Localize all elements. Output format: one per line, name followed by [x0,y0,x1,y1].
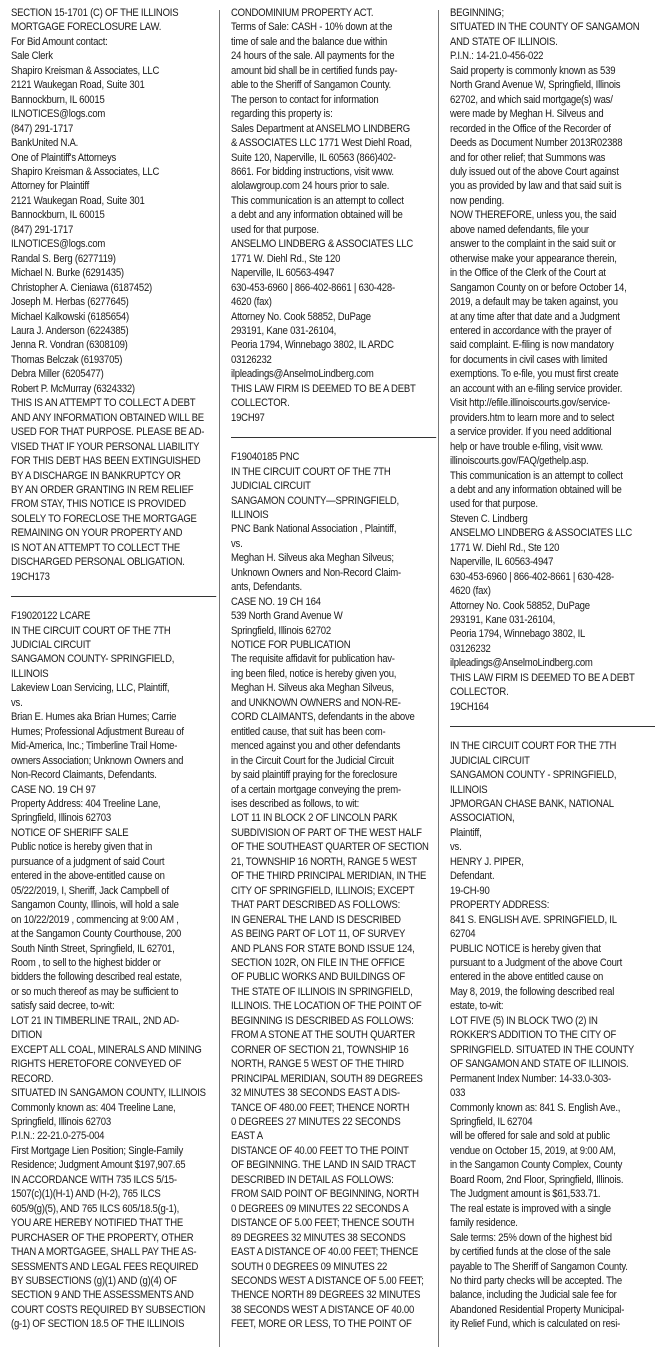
notice-text-line: 8661. For bidding instructions, visit ww… [231,165,416,179]
notice-text-line: AND ANY INFORMATION OBTAINED WILL BE [11,411,196,425]
notice-text-line: ilpleadings@AnselmoLindberg.com [231,367,416,381]
notice-text-line: THIS LAW FIRM IS DEEMED TO BE A DEBT [450,671,635,685]
notice-text-line: Residence; Judgment Amount $197,907.65 [11,1158,196,1172]
notice-text-line: VISED THAT IF YOUR PERSONAL LIABILITY [11,440,196,454]
notice-text-line: The real estate is improved with a singl… [450,1202,635,1216]
notice-text-line: vs. [11,696,196,710]
notice-separator [450,726,655,727]
legal-notice: CONDOMINIUM PROPERTY ACT.Terms of Sale: … [231,6,416,425]
notice-text-line: SPRINGFIELD. SITUATED IN THE COUNTY [450,1043,635,1057]
column-divider [438,10,439,1347]
notice-text-line: Sangamon County, Illinois, will hold a s… [11,898,196,912]
notice-text-line: BY SUBSECTIONS (g)(1) AND (g)(4) OF [11,1274,196,1288]
notice-text-line: IN THE CIRCUIT COURT OF THE 7TH [231,465,416,479]
notice-text-line: Said property is commonly known as 539 [450,64,635,78]
column-2: CONDOMINIUM PROPERTY ACT.Terms of Sale: … [231,6,416,1332]
notice-text-line: EAST A DISTANCE OF 40.00 FEET; THENCE [231,1245,416,1259]
notice-text-line: 24 hours of the sale. All payments for t… [231,49,416,63]
notice-text-line: CORD CLAIMANTS, defendants in the above [231,710,416,724]
notice-text-line: Public notice is hereby given that in [11,840,196,854]
notice-text-line: ILLINOIS [231,508,416,522]
notice-text-line: AS BEING PART OF LOT 11, OF SURVEY [231,927,416,941]
notice-text-line: Meghan H. Silveus aka Meghan Silveus, [231,681,416,695]
notice-text-line: OF THE THIRD PRINCIPAL MERIDIAN, IN THE [231,869,416,883]
notice-text-line: ity Relief Fund, which is calculated on … [450,1317,635,1331]
notice-text-line: SECTION 9 AND THE ASSESSMENTS AND [11,1288,196,1302]
notice-text-line: Defendant. [450,869,635,883]
notice-text-line: SECTION 102R, ON FILE IN THE OFFICE [231,956,416,970]
notice-text-line: PRINCIPAL MERIDIAN, SOUTH 89 DEGREES [231,1072,416,1086]
notice-text-line: DISTANCE OF 40.00 FEET TO THE POINT [231,1144,416,1158]
notice-text-line: 2019, a default may be taken against, yo… [450,295,635,309]
notice-text-line: a debt and any information obtained will… [450,483,635,497]
notice-text-line: by said plaintiff praying for the forecl… [231,768,416,782]
notice-text-line: alolawgroup.com 24 hours prior to sale. [231,179,416,193]
notice-text-line: No third party checks will be accepted. … [450,1274,635,1288]
notice-text-line: ROKKER'S ADDITION TO THE CITY OF [450,1028,635,1042]
notice-text-line: THAT PART DESCRIBED AS FOLLOWS: [231,898,416,912]
notice-text-line: 4620 (fax) [231,295,416,309]
notice-text-line: 4620 (fax) [450,584,635,598]
legal-notice: F19020122 LCAREIN THE CIRCUIT COURT OF T… [11,609,196,1332]
notice-text-line: 1507(c)(1)(H-1) AND (H-2), 765 ILCS [11,1187,196,1201]
notice-text-line: Springfield, Illinois 62703 [11,1115,196,1129]
notice-text-line: Property Address: 404 Treeline Lane, [11,797,196,811]
notice-text-line: CORNER OF SECTION 21, TOWNSHIP 16 [231,1043,416,1057]
notice-text-line: BankUnited N.A. [11,136,196,150]
notice-text-line: for documents in civil cases with limite… [450,353,635,367]
notice-text-line: DISCHARGED PERSONAL OBLIGATION. [11,555,196,569]
notice-text-line: on 10/22/2019 , commencing at 9:00 AM , [11,913,196,927]
notice-text-line: PUBLIC NOTICE is hereby given that [450,942,635,956]
notice-text-line: NOW THEREFORE, unless you, the said [450,208,635,222]
notice-text-line: Randal S. Berg (6277119) [11,252,196,266]
notice-text-line: SANGAMON COUNTY- SPRINGFIELD, [11,652,196,666]
notice-text-line: First Mortgage Lien Position; Single-Fam… [11,1144,196,1158]
notice-text-line: Non-Record Claimants, Defendants. [11,768,196,782]
notice-text-line: 19CH97 [231,411,416,425]
notice-text-line: now pending. [450,194,635,208]
notice-text-line: The person to contact for information [231,93,416,107]
notice-text-line: ANSELMO LINDBERG & ASSOCIATES LLC [450,526,635,540]
notice-text-line: Unknown Owners and Non-Record Claim- [231,566,416,580]
notice-text-line: CASE NO. 19 CH 164 [231,595,416,609]
notice-text-line: 89 DEGREES 32 MINUTES 38 SECONDS [231,1231,416,1245]
notice-text-line: Michael N. Burke (6291435) [11,266,196,280]
notice-text-line: 539 North Grand Avenue W [231,609,416,623]
notice-text-line: Attorney No. Cook 58852, DuPage [231,310,416,324]
notice-text-line: answer to the complaint in the said suit… [450,237,635,251]
notice-text-line: RIGHTS HERETOFORE CONVEYED OF [11,1057,196,1071]
notice-text-line: Brian E. Humes aka Brian Humes; Carrie [11,710,196,724]
notice-text-line: SITUATED IN THE COUNTY OF SANGAMON [450,20,635,34]
notice-text-line: Attorney No. Cook 58852, DuPage [450,599,635,613]
notice-text-line: Sales Department at ANSELMO LINDBERG [231,122,416,136]
notice-text-line: by certified funds at the close of the s… [450,1245,635,1259]
notice-text-line: May 8, 2019, the following described rea… [450,985,635,999]
column-divider [219,10,220,1347]
legal-notices-page: SECTION 15-1701 (C) OF THE ILLINOISMORTG… [0,0,655,1347]
notice-text-line: time of sale and the balance due within [231,35,416,49]
notice-text-line: and UNKNOWN OWNERS and NON-RE- [231,696,416,710]
notice-text-line: IN THE CIRCUIT COURT FOR THE 7TH [450,739,635,753]
notice-text-line: otherwise make your appearance therein, [450,252,635,266]
notice-text-line: One of Plaintiff's Attorneys [11,151,196,165]
notice-text-line: at any time after that date and a Judgme… [450,310,635,324]
notice-text-line: IN ACCORDANCE WITH 735 ILCS 5/15- [11,1173,196,1187]
notice-text-line: 19CH164 [450,700,635,714]
notice-text-line: ants, Defendants. [231,580,416,594]
notice-text-line: Peoria 1794, Winnebago 3802, IL ARDC [231,338,416,352]
notice-text-line: Commonly known as: 841 S. English Ave., [450,1101,635,1115]
notice-text-line: Room , to sell to the highest bidder or [11,956,196,970]
notice-text-line: For Bid Amount contact: [11,35,196,49]
notice-text-line: OF BEGINNING. THE LAND IN SAID TRACT [231,1158,416,1172]
notice-text-line: IN GENERAL THE LAND IS DESCRIBED [231,913,416,927]
notice-text-line: SOLELY TO FORECLOSE THE MORTGAGE [11,512,196,526]
notice-text-line: you as provided by law and that said sui… [450,179,635,193]
notice-text-line: LOT 21 IN TIMBERLINE TRAIL, 2ND AD- [11,1014,196,1028]
notice-text-line: SECTION 15-1701 (C) OF THE ILLINOIS [11,6,196,20]
notice-text-line: Terms of Sale: CASH - 10% down at the [231,20,416,34]
notice-text-line: entered in accordance with the prayer of [450,324,635,338]
notice-text-line: SOUTH 0 DEGREES 09 MINUTES 22 [231,1260,416,1274]
notice-text-line: in the Office of the Clerk of the Court … [450,266,635,280]
notice-text-line: South Ninth Street, Springfield, IL 6270… [11,942,196,956]
notice-text-line: Meghan H. Silveus aka Meghan Silveus; [231,551,416,565]
notice-text-line: entitled cause, that suit has been com- [231,725,416,739]
notice-text-line: vs. [450,840,635,854]
notice-text-line: ANSELMO LINDBERG & ASSOCIATES LLC [231,237,416,251]
notice-text-line: Robert P. McMurray (6324332) [11,382,196,396]
notice-text-line: EXCEPT ALL COAL, MINERALS AND MINING [11,1043,196,1057]
notice-text-line: regarding this property is: [231,107,416,121]
notice-text-line: 630-453-6960 | 866-402-8661 | 630-428- [231,281,416,295]
notice-text-line: THAN A MORTGAGEE, SHALL PAY THE AS- [11,1245,196,1259]
notice-text-line: The requisite affidavit for publication … [231,652,416,666]
notice-text-line: owners Association; Unknown Owners and [11,754,196,768]
notice-text-line: Humes; Professional Adjustment Bureau of [11,725,196,739]
notice-text-line: used for that purpose. [450,497,635,511]
notice-text-line: balance, including the Judicial sale fee… [450,1288,635,1302]
notice-text-line: Springfield, Illinois 62703 [11,811,196,825]
notice-text-line: BEGINNING IS DESCRIBED AS FOLLOWS: [231,1014,416,1028]
notice-text-line: above named defendants, file your [450,223,635,237]
notice-text-line: (g-1) OF SECTION 18.5 OF THE ILLINOIS [11,1317,196,1331]
notice-text-line: COURT COSTS REQUIRED BY SUBSECTION [11,1303,196,1317]
notice-text-line: BEGINNING; [450,6,635,20]
notice-text-line: ILLINOIS [450,783,635,797]
notice-text-line: SANGAMON COUNTY - SPRINGFIELD, [450,768,635,782]
notice-text-line: P.I.N.: 14-21.0-456-022 [450,49,635,63]
notice-text-line: ILNOTICES@logs.com [11,237,196,251]
notice-text-line: Steven C. Lindberg [450,512,635,526]
notice-text-line: THIS IS AN ATTEMPT TO COLLECT A DEBT [11,396,196,410]
notice-text-line: 32 MINUTES 38 SECONDS EAST A DIS- [231,1086,416,1100]
notice-text-line: exemptions. To e-file, you must first cr… [450,367,635,381]
notice-text-line: Mid-America, Inc.; Timberline Trail Home… [11,739,196,753]
notice-text-line: ises described as follows, to wit: [231,797,416,811]
notice-text-line: NORTH, RANGE 5 WEST OF THE THIRD [231,1057,416,1071]
notice-text-line: Sangamon County on or before October 14, [450,281,635,295]
notice-text-line: REMAINING ON YOUR PROPERTY AND [11,526,196,540]
legal-notice: IN THE CIRCUIT COURT FOR THE 7THJUDICIAL… [450,739,635,1332]
notice-text-line: at the Sangamon County Courthouse, 200 [11,927,196,941]
notice-text-line: said complaint. E-filing is now mandator… [450,338,635,352]
notice-text-line: Board Room, 2nd Floor, Springfield, Illi… [450,1173,635,1187]
notice-text-line: This communication is an attempt to coll… [231,194,416,208]
notice-text-line: Bannockburn, IL 60015 [11,93,196,107]
notice-text-line: CITY OF SPRINGFIELD, ILLINOIS; EXCEPT [231,884,416,898]
notice-text-line: 841 S. ENGLISH AVE. SPRINGFIELD, IL [450,913,635,927]
notice-text-line: 2121 Waukegan Road, Suite 301 [11,78,196,92]
notice-text-line: AND PLANS FOR STATE BOND ISSUE 124, [231,942,416,956]
notice-text-line: 033 [450,1086,635,1100]
notice-text-line: IN THE CIRCUIT COURT OF THE 7TH [11,624,196,638]
notice-text-line: FROM SAID POINT OF BEGINNING, NORTH [231,1187,416,1201]
notice-text-line: 05/22/2019, I, Sheriff, Jack Campbell of [11,884,196,898]
notice-text-line: OF PUBLIC WORKS AND BUILDINGS OF [231,970,416,984]
notice-text-line: Plaintiff, [450,826,635,840]
notice-text-line: PROPERTY ADDRESS: [450,898,635,912]
notice-text-line: Naperville, IL 60563-4947 [231,266,416,280]
notice-text-line: The Judgment amount is $61,533.71. [450,1187,635,1201]
notice-text-line: and for other relief; that Summons was [450,151,635,165]
notice-text-line: YOU ARE HEREBY NOTIFIED THAT THE [11,1216,196,1230]
notice-text-line: IS NOT AN ATTEMPT TO COLLECT THE [11,541,196,555]
notice-text-line: will be offered for sale and sold at pub… [450,1129,635,1143]
notice-text-line: DITION [11,1028,196,1042]
notice-text-line: This communication is an attempt to coll… [450,469,635,483]
notice-text-line: vs. [231,537,416,551]
notice-text-line: 03126232 [450,642,635,656]
notice-text-line: JUDICIAL CIRCUIT [231,479,416,493]
notice-text-line: FOR THIS DEBT HAS BEEN EXTINGUISHED [11,454,196,468]
notice-text-line: Debra Miller (6205477) [11,367,196,381]
notice-text-line: & ASSOCIATES LLC 1771 West Diehl Road, [231,136,416,150]
notice-text-line: 0 DEGREES 09 MINUTES 22 SECONDS A [231,1202,416,1216]
notice-text-line: Shapiro Kreisman & Associates, LLC [11,64,196,78]
notice-text-line: COLLECTOR. [450,685,635,699]
notice-text-line: FROM A STONE AT THE SOUTH QUARTER [231,1028,416,1042]
notice-text-line: SANGAMON COUNTY—SPRINGFIELD, [231,494,416,508]
notice-text-line: Joseph M. Herbas (6277645) [11,295,196,309]
column-3: BEGINNING;SITUATED IN THE COUNTY OF SANG… [450,6,635,1332]
notice-text-line: 1771 W. Diehl Rd., Ste 120 [231,252,416,266]
notice-text-line: Peoria 1794, Winnebago 3802, IL [450,627,635,641]
notice-text-line: of a certain mortgage conveying the prem… [231,783,416,797]
notice-text-line: COLLECTOR. [231,396,416,410]
notice-text-line: entered in the above entitled cause on [450,970,635,984]
notice-text-line: THENCE NORTH 89 DEGREES 32 MINUTES [231,1288,416,1302]
notice-text-line: AND STATE OF ILLINOIS. [450,35,635,49]
notice-text-line: were made by Meghan H. Silveus and [450,107,635,121]
notice-text-line: ILLINOIS [11,667,196,681]
notice-text-line: duly issued out of the above Court again… [450,165,635,179]
notice-text-line: 605/9(g)(5), AND 765 ILCS 605/18.5(g-1), [11,1202,196,1216]
notice-text-line: Shapiro Kreisman & Associates, LLC [11,165,196,179]
notice-text-line: SECONDS WEST A DISTANCE OF 5.00 FEET; [231,1274,416,1288]
notice-text-line: providers.htm to learn more and to selec… [450,411,635,425]
notice-separator [231,437,436,438]
notice-text-line: satisfy said decree, to-wit: [11,999,196,1013]
notice-text-line: able to the Sheriff of Sangamon County. [231,78,416,92]
notice-text-line: FEET, MORE OR LESS, TO THE POINT OF [231,1317,416,1331]
notice-text-line: Jenna R. Vondran (6308109) [11,338,196,352]
notice-text-line: ing been filed, notice is hereby given y… [231,667,416,681]
notice-text-line: EAST A [231,1129,416,1143]
notice-text-line: Thomas Belczak (6193705) [11,353,196,367]
notice-text-line: BY A DISCHARGE IN BANKRUPTCY OR [11,469,196,483]
notice-text-line: LOT 11 IN BLOCK 2 OF LINCOLN PARK [231,811,416,825]
notice-text-line: Sale Clerk [11,49,196,63]
notice-text-line: an account with an e-filing service prov… [450,382,635,396]
notice-text-line: 2121 Waukegan Road, Suite 301 [11,194,196,208]
notice-text-line: menced against you and other defendants [231,739,416,753]
notice-text-line: 630-453-6960 | 866-402-8661 | 630-428- [450,570,635,584]
notice-text-line: 62702, and which said mortgage(s) was/ [450,93,635,107]
notice-text-line: FROM STAY, THIS NOTICE IS PROVIDED [11,497,196,511]
notice-text-line: 1771 W. Diehl Rd., Ste 120 [450,541,635,555]
notice-text-line: Commonly known as: 404 Treeline Lane, [11,1101,196,1115]
notice-text-line: CASE NO. 19 CH 97 [11,783,196,797]
notice-text-line: Laura J. Anderson (6224385) [11,324,196,338]
notice-text-line: NOTICE FOR PUBLICATION [231,638,416,652]
notice-text-line: P.I.N.: 22-21.0-275-004 [11,1129,196,1143]
notice-text-line: RECORD. [11,1072,196,1086]
notice-text-line: 21, TOWNSHIP 16 NORTH, RANGE 5 WEST [231,855,416,869]
notice-text-line: ILLINOIS. THE LOCATION OF THE POINT OF [231,999,416,1013]
notice-text-line: (847) 291-1717 [11,122,196,136]
notice-text-line: F19020122 LCARE [11,609,196,623]
notice-text-line: Lakeview Loan Servicing, LLC, Plaintiff, [11,681,196,695]
notice-text-line: estate, to-wit: [450,999,635,1013]
notice-text-line: vendue on October 15, 2019, at 9:00 AM, [450,1144,635,1158]
legal-notice: BEGINNING;SITUATED IN THE COUNTY OF SANG… [450,6,635,714]
notice-text-line: Springfield, IL 62704 [450,1115,635,1129]
notice-text-line: 19-CH-90 [450,884,635,898]
notice-text-line: Naperville, IL 60563-4947 [450,555,635,569]
notice-text-line: entered in the above-entitled cause on [11,869,196,883]
notice-text-line: THE STATE OF ILLINOIS IN SPRINGFIELD, [231,985,416,999]
notice-text-line: bidders the following described real est… [11,970,196,984]
column-1: SECTION 15-1701 (C) OF THE ILLINOISMORTG… [11,6,196,1332]
notice-text-line: ilpleadings@AnselmoLindberg.com [450,656,635,670]
notice-text-line: DISTANCE OF 5.00 FEET; THENCE SOUTH [231,1216,416,1230]
notice-text-line: Michael Kalkowski (6185654) [11,310,196,324]
notice-text-line: NOTICE OF SHERIFF SALE [11,826,196,840]
notice-text-line: Sale terms: 25% down of the highest bid [450,1231,635,1245]
notice-text-line: Deeds as Document Number 2013R02388 [450,136,635,150]
notice-text-line: Permanent Index Number: 14-33.0-303- [450,1072,635,1086]
notice-text-line: HENRY J. PIPER, [450,855,635,869]
notice-text-line: pursuant to a Judgment of the above Cour… [450,956,635,970]
notice-text-line: SITUATED IN SANGAMON COUNTY, ILLINOIS [11,1086,196,1100]
notice-text-line: Springfield, Illinois 62702 [231,624,416,638]
notice-text-line: recorded in the Office of the Recorder o… [450,122,635,136]
notice-text-line: PNC Bank National Association , Plaintif… [231,522,416,536]
notice-text-line: help or have trouble e-filing, visit www… [450,440,635,454]
notice-text-line: 293191, Kane 031-26104, [450,613,635,627]
notice-text-line: DESCRIBED IN DETAIL AS FOLLOWS: [231,1173,416,1187]
notice-text-line: USED FOR THAT PURPOSE. PLEASE BE AD- [11,425,196,439]
notice-text-line: 38 SECONDS WEST A DISTANCE OF 40.00 [231,1303,416,1317]
notice-text-line: JPMORGAN CHASE BANK, NATIONAL [450,797,635,811]
notice-text-line: Bannockburn, IL 60015 [11,208,196,222]
notice-text-line: North Grand Avenue W, Springfield, Illin… [450,78,635,92]
notice-text-line: JUDICIAL CIRCUIT [450,754,635,768]
notice-text-line: 0 DEGREES 27 MINUTES 22 SECONDS [231,1115,416,1129]
notice-text-line: or so much thereof as may be sufficient … [11,985,196,999]
notice-text-line: SESSMENTS AND LEGAL FEES REQUIRED [11,1260,196,1274]
notice-text-line: in the Circuit Court for the Judicial Ci… [231,754,416,768]
notice-text-line: a debt and any information obtained will… [231,208,416,222]
notice-separator [11,596,216,597]
notice-text-line: THIS LAW FIRM IS DEEMED TO BE A DEBT [231,382,416,396]
notice-text-line: SUBDIVISION OF PART OF THE WEST HALF [231,826,416,840]
notice-text-line: amount bid shall be in certified funds p… [231,64,416,78]
notice-text-line: Christopher A. Cieniawa (6187452) [11,281,196,295]
notice-text-line: illinoiscourts.gov/FAQ/gethelp.asp. [450,454,635,468]
notice-text-line: 62704 [450,927,635,941]
notice-text-line: Visit http://efile.illinoiscourts.gov/se… [450,396,635,410]
notice-text-line: pursuance of a judgment of said Court [11,855,196,869]
notice-text-line: a service provider. If you need addition… [450,425,635,439]
notice-text-line: CONDOMINIUM PROPERTY ACT. [231,6,416,20]
notice-text-line: payable to The Sheriff of Sangamon Count… [450,1260,635,1274]
notice-text-line: 03126232 [231,353,416,367]
notice-text-line: OF THE SOUTHEAST QUARTER OF SECTION [231,840,416,854]
notice-text-line: MORTGAGE FORECLOSURE LAW. [11,20,196,34]
notice-text-line: 293191, Kane 031-26104, [231,324,416,338]
legal-notice: F19040185 PNCIN THE CIRCUIT COURT OF THE… [231,450,416,1332]
notice-text-line: (847) 291-1717 [11,223,196,237]
notice-text-line: F19040185 PNC [231,450,416,464]
notice-text-line: Abandoned Residential Property Municipal… [450,1303,635,1317]
notice-text-line: Attorney for Plaintiff [11,179,196,193]
notice-text-line: ASSOCIATION, [450,811,635,825]
notice-text-line: Suite 120, Naperville, IL 60563 (866)402… [231,151,416,165]
notice-text-line: PURCHASER OF THE PROPERTY, OTHER [11,1231,196,1245]
notice-text-line: used for that purpose. [231,223,416,237]
notice-text-line: TANCE OF 480.00 FEET; THENCE NORTH [231,1101,416,1115]
notice-text-line: OF SANGAMON AND STATE OF ILLINOIS. [450,1057,635,1071]
notice-text-line: 19CH173 [11,570,196,584]
notice-text-line: BY AN ORDER GRANTING IN REM RELIEF [11,483,196,497]
legal-notice: SECTION 15-1701 (C) OF THE ILLINOISMORTG… [11,6,196,584]
notice-text-line: family residence. [450,1216,635,1230]
notice-text-line: ILNOTICES@logs.com [11,107,196,121]
notice-text-line: in the Sangamon County Complex, County [450,1158,635,1172]
notice-text-line: LOT FIVE (5) IN BLOCK TWO (2) IN [450,1014,635,1028]
notice-text-line: JUDICIAL CIRCUIT [11,638,196,652]
